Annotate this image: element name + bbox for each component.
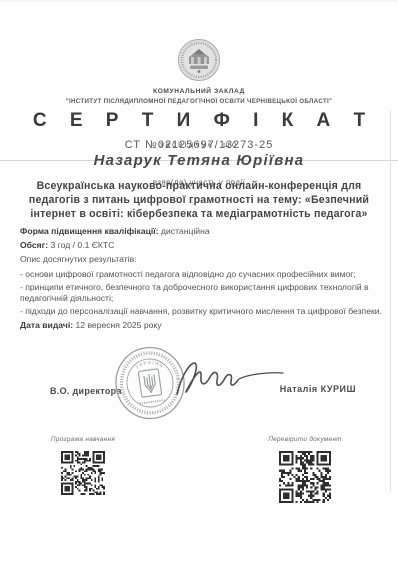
results-list: - основи цифрової грамотності педагога в… [20, 269, 382, 317]
verify-qr-code [279, 451, 331, 503]
volume-value: 3 год / 0.1 ЄКТС [51, 240, 115, 250]
program-qr-code [61, 451, 105, 495]
director-position-label: В.О. директора [50, 386, 122, 396]
scan-edge [0, 0, 398, 2]
organization-type: КОМУНАЛЬНИЙ ЗАКЛАД [0, 88, 398, 95]
results-label: Опис досягнутих результатів: [20, 254, 137, 264]
results-header-row: Опис досягнутих результатів: [20, 254, 382, 265]
recipient-name: Назарук Тетяна Юріївна [0, 152, 398, 169]
qualification-form-row: Форма підвищення кваліфікації: дистанцій… [20, 226, 382, 237]
certificate-title: С Е Р Т И Ф І К А Т [0, 110, 398, 132]
verify-qr-block: Перевірити документ [260, 436, 350, 508]
program-qr-block: Програма навчання [38, 436, 128, 500]
certificate-header: КОМУНАЛЬНИЙ ЗАКЛАД "ІНСТИТУТ ПІСЛЯДИПЛОМ… [0, 38, 398, 151]
certifies-label: засвідчує, що [0, 140, 398, 149]
result-item: - принципи етичного, безпечного та добро… [20, 282, 382, 305]
issue-date-row: Дата видачі: 12 вересня 2025 року [20, 320, 382, 331]
program-qr-label: Програма навчання [38, 436, 128, 443]
volume-row: Обсяг: 3 год / 0.1 ЄКТС [20, 240, 382, 251]
volume-label: Обсяг: [20, 240, 48, 250]
organization-name: "ІНСТИТУТ ПІСЛЯДИПЛОМНОЇ ПЕДАГОГІЧНОЇ ОС… [0, 98, 398, 105]
stamp-country-text: УКРАЇНА [134, 358, 165, 373]
details-section: Форма підвищення кваліфікації: дистанцій… [20, 226, 382, 334]
form-label: Форма підвищення кваліфікації: [20, 226, 159, 236]
institute-seal-icon [177, 38, 221, 82]
date-value: 12 вересня 2025 року [76, 320, 162, 330]
signature-block: В.О. директора УКРАЇНА [0, 340, 398, 430]
signer-name: Наталія КУРИШ [280, 384, 356, 394]
result-item: - основи цифрової грамотності педагога в… [20, 269, 382, 280]
verify-qr-label: Перевірити документ [260, 436, 350, 443]
event-title: Всеукраїнська науково-практична онлайн-к… [22, 180, 376, 222]
form-value: дистанційна [161, 226, 210, 236]
svg-text:УКРАЇНА: УКРАЇНА [134, 358, 165, 373]
date-label: Дата видачі: [20, 320, 73, 330]
result-item: - підходи до персоналізації навчання, ро… [20, 306, 382, 317]
signature-icon [165, 350, 295, 410]
certificate-page: КОМУНАЛЬНИЙ ЗАКЛАД "ІНСТИТУТ ПІСЛЯДИПЛОМ… [0, 0, 398, 562]
